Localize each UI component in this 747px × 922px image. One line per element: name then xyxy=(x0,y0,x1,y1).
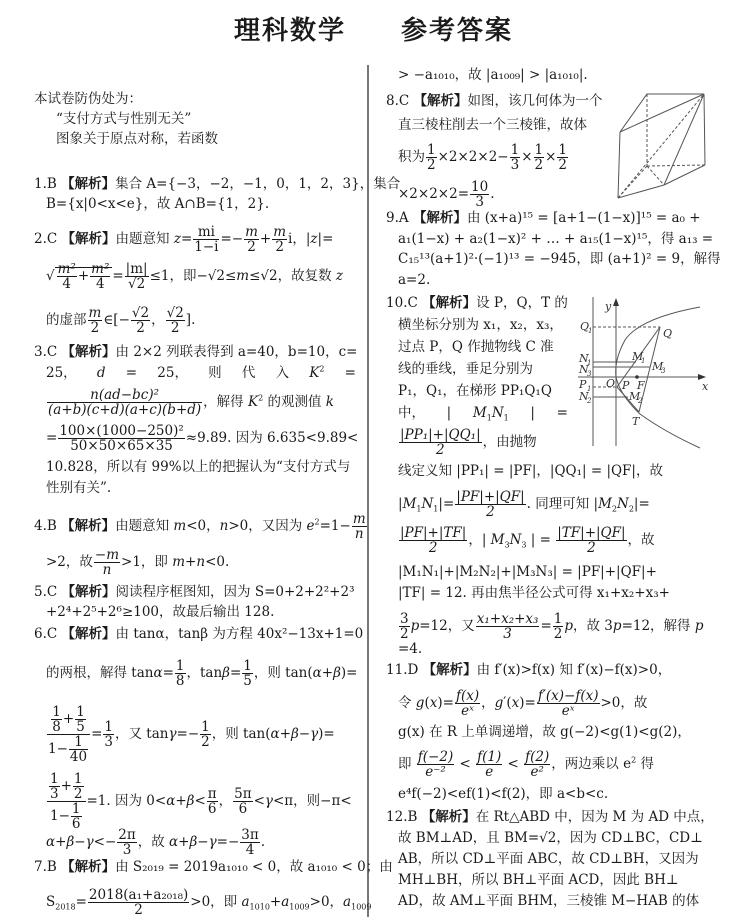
answer-11-line-5: e⁴f(−2)<ef(1)<f(2)，即 a<b<c. xyxy=(398,785,726,803)
answer-11-line-4: 即 f(−2)e⁻² < f(1)e < f(2)e²，两边乘以 e2 得 xyxy=(398,750,726,779)
svg-text:Q: Q xyxy=(663,327,672,340)
answer-12-line-4: MH⊥BH，所以 BH⊥平面 ACD，因此 BH⊥ xyxy=(398,871,726,889)
answer-10-line-11: |M₁N₁|+|M₂N₂|+|M₃N₃| = |PF|+|QF|+ xyxy=(398,563,726,581)
svg-text:1: 1 xyxy=(588,327,592,335)
svg-text:O: O xyxy=(606,377,615,390)
svg-text:x: x xyxy=(702,380,709,393)
answer-12-line-5: AD，故 AM⊥平面 BHM，三棱锥 M−HAB 的体 xyxy=(398,892,726,910)
answer-12-line-2: 故 BM⊥AD，且 BM=√2，因为 CD⊥BC，CD⊥ xyxy=(398,829,726,847)
answer-11: 11.D 【解析】由 f′(x)>f(x) 知 f′(x)−f(x)>0， xyxy=(386,661,726,679)
svg-text:3: 3 xyxy=(587,370,592,378)
svg-text:2: 2 xyxy=(637,397,643,405)
answer-10-line-13: 32p=12，又x₁+x₂+x₃3=12p，故 3p=12，解得 p xyxy=(398,612,726,641)
answer-11-line-2: 令 g(x)=f(x)eˣ，g′(x)=f′(x)−f(x)eˣ>0，故 xyxy=(398,689,726,718)
answer-10-line-14: =4. xyxy=(398,640,726,658)
answer-10-line-9: |M1N1|=|PF|+|QF|2. 同理可知 |M2N2|= xyxy=(398,490,726,519)
svg-text:2: 2 xyxy=(586,397,592,405)
svg-text:1: 1 xyxy=(641,357,645,365)
svg-text:3: 3 xyxy=(661,367,666,375)
answer-12: 12.B 【解析】在 Rt△ABD 中，因为 M 为 AD 中点， xyxy=(386,808,726,826)
answer-11-line-3: g(x) 在 R 上单调递增，故 g(−2)<g(1)<g(2)， xyxy=(398,723,726,741)
answer-10-line-10: |PF|+|TF|2，| M3N3 | = |TF|+|QF|2，故 xyxy=(398,526,726,555)
parabola-figure: y x Q1 Q N1 N3 P1 N2 O P F M1 M3 M2 T xyxy=(0,0,747,922)
svg-text:y: y xyxy=(604,300,612,313)
answer-12-line-3: AB，所以 CD⊥平面 ABC，故 CD⊥BH，又因为 xyxy=(398,850,726,868)
svg-text:T: T xyxy=(632,415,641,428)
answer-10-line-8: 线定义知 |PP₁| = |PF|，|QQ₁| = |QF|，故 xyxy=(398,462,726,480)
answer-10-line-12: |TF| = 12. 再由焦半径公式可得 x₁+x₂+x₃+ xyxy=(398,584,726,602)
